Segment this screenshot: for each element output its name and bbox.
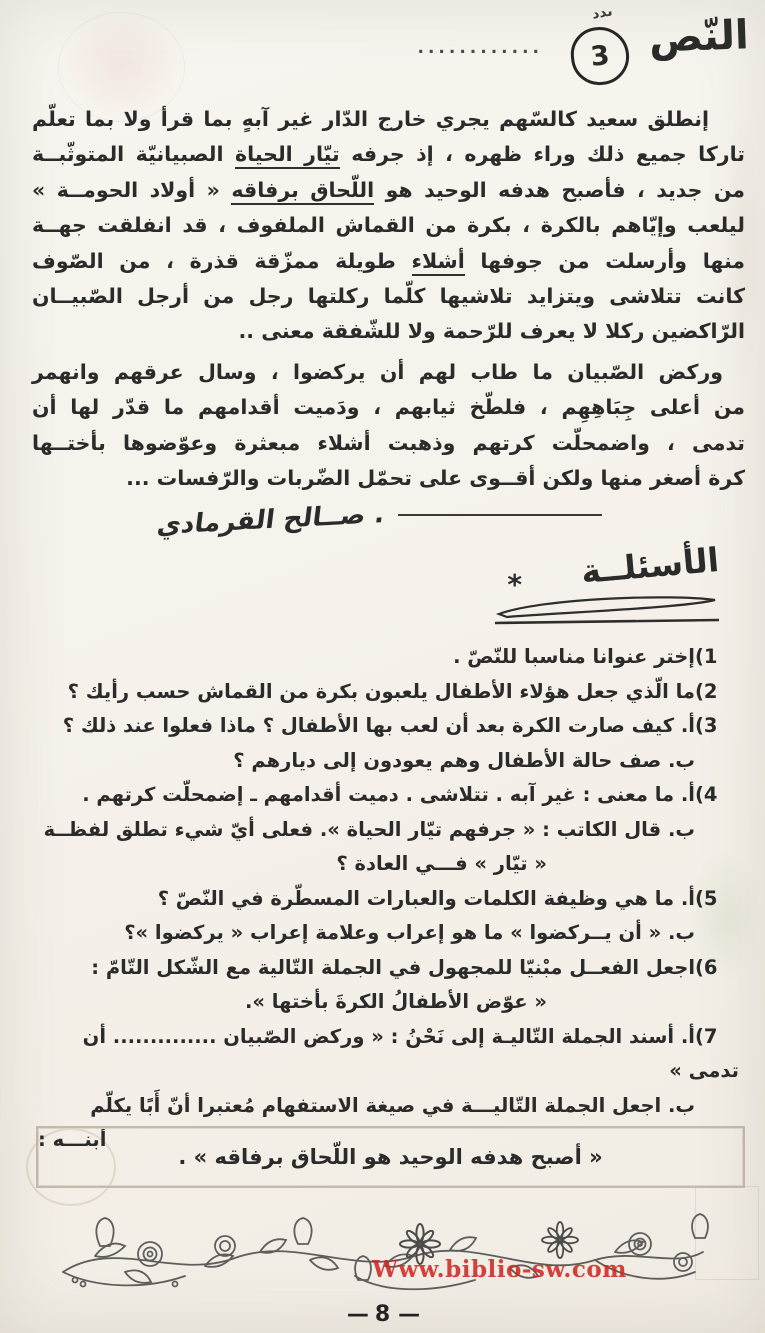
page-number-dash: — — [398, 1302, 418, 1327]
question-number: (1 — [695, 640, 739, 675]
question-row: (6اجعل الفعــل مبْنيّا للمجهول في الجملة… — [30, 951, 739, 986]
question-number: (2 — [695, 675, 739, 710]
question-number: (6 — [695, 951, 739, 986]
scanned-textbook-page: النّص 3 ىدد ............ إنطلق سعيد كالس… — [0, 0, 765, 1333]
page-title: النّص — [649, 12, 750, 61]
page-number: 8 — [375, 1302, 390, 1327]
question-continuation: « عوّض الأطفالُ الكرةَ بأختها ». — [30, 985, 739, 1020]
signature-rule — [398, 514, 602, 516]
lesson-number-circle: 3 — [568, 24, 632, 88]
questions-list: (1إختر عنوانا مناسبا للنّصّ . (2ما الّذي… — [30, 640, 739, 1158]
questions-heading: الأسئلــة — [580, 540, 721, 591]
underlined-phrase: أشلاء — [412, 249, 465, 276]
passage-line: كرة أصغر منها ولكن أقــوى على تحمّل الضّ… — [32, 461, 745, 496]
passage-line: تدمى ، واضمحلّت كرتهم وذهبت أشلاء مبعثرة… — [32, 426, 745, 461]
dotted-leader: ............ — [418, 38, 544, 58]
question-row: (5أ. ما هي وظيفة الكلمات والعبارات المسط… — [30, 882, 739, 917]
underlined-phrase: تيّار الحياة — [235, 142, 340, 169]
question-row: (7أ. أسند الجملة التّاليـة إلى نَحْنُ : … — [30, 1020, 739, 1089]
question-row: (4أ. ما معنى : غير آبه . تتلاشى . دميت أ… — [30, 778, 739, 813]
underlined-phrase: اللّحاق برفاقه — [231, 178, 374, 205]
passage-line: وركض الصّبيان ما طاب لهم أن يركضوا ، وسا… — [32, 355, 745, 390]
passage-paragraph-2: وركض الصّبيان ما طاب لهم أن يركضوا ، وسا… — [32, 355, 745, 497]
website-watermark: Www.biblio-sw.com — [372, 1256, 627, 1283]
passage-line: من جديد ، فأصبح هدفه الوحيد هو اللّحاق ب… — [32, 173, 745, 208]
author-name: صــالح القرمادي . — [155, 499, 386, 541]
passage-line: الرّاكضين ركلا لا يعرف للرّحمة ولا للشّف… — [32, 314, 745, 349]
question-row: (3أ. كيف صارت الكرة بعد أن لعب بها الأطف… — [30, 709, 739, 744]
question-subrow: ب. اجعل الجملة التّاليـــة في صيغة الاست… — [30, 1089, 739, 1124]
question-row: (1إختر عنوانا مناسبا للنّصّ . — [30, 640, 739, 675]
passage-line: إنطلق سعيد كالسّهم يجري خارج الدّار غير … — [32, 102, 745, 137]
question-continuation: « تيّار » فـــي العادة ؟ — [30, 847, 739, 882]
handwritten-scribble: ىدد — [591, 3, 614, 22]
question-subrow: ب. قال الكاتب : « جرفهم تيّار الحياة ». … — [30, 813, 739, 848]
question-number: (3 — [695, 709, 739, 744]
page-number-row: —8— — [0, 1302, 765, 1327]
passage-line: من أعلى جِبَاهِهِم ، فلطّخ ثيابهم ، ودَم… — [32, 390, 745, 425]
passage-line: كانت تتلاشى ويتزايد تلاشيها كلّما ركلتها… — [32, 279, 745, 314]
page-number-dash: — — [347, 1302, 367, 1327]
passage-line: ليلعب وإيّاهم بالكرة ، بكرة من القماش ال… — [32, 208, 745, 243]
reading-passage: إنطلق سعيد كالسّهم يجري خارج الدّار غير … — [32, 102, 745, 496]
question-subrow: ب. « أن يــركضوا » ما هو إعراب وعلامة إع… — [30, 916, 739, 951]
question-subrow: ب. صف حالة الأطفال وهم يعودون إلى ديارهم… — [30, 744, 739, 779]
author-signature-row: صــالح القرمادي . — [158, 505, 602, 535]
question-number: (5 — [695, 882, 739, 917]
heading-underline-swoosh — [491, 594, 723, 626]
lesson-number: 3 — [589, 40, 611, 73]
question-number: (7 — [695, 1020, 739, 1055]
passage-line: تاركا جميع ذلك وراء ظهره ، إذ جرفه تيّار… — [32, 137, 745, 172]
passage-line: منها وأرسلت من جوفها أشلاء طويلة ممزّقة … — [32, 244, 745, 279]
question-row: (2ما الّذي جعل هؤلاء الأطفال يلعبون بكرة… — [30, 675, 739, 710]
boxed-sentence: « أصبح هدفه الوحيد هو اللّحاق برفاقه » . — [36, 1126, 745, 1188]
question-number: (4 — [695, 778, 739, 813]
